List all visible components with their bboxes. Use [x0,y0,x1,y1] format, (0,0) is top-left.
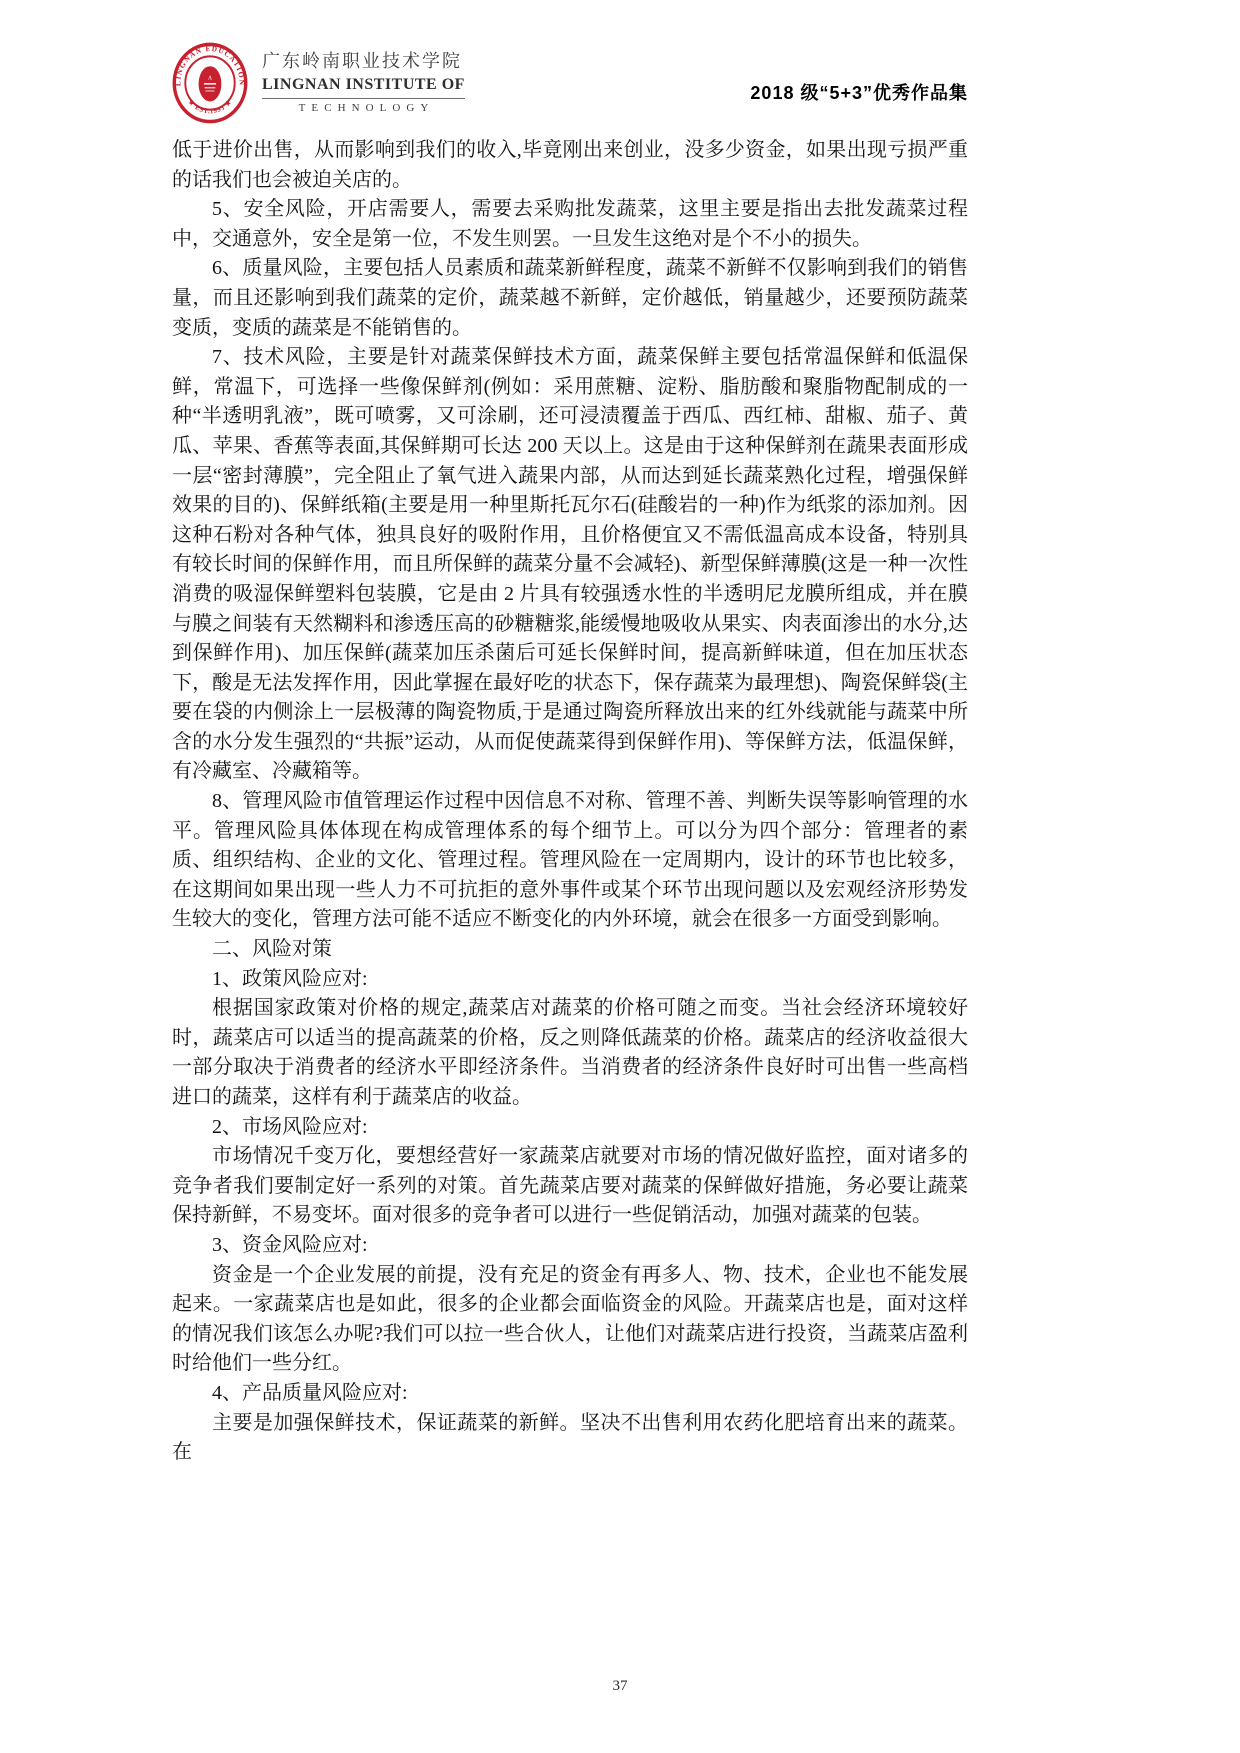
section-heading: 二、风险对策 [172,935,968,965]
paragraph: 8、管理风险市值管理运作过程中因信息不对称、管理不善、判断失误等影响管理的水平。… [172,787,968,935]
institution-logo-block: LINGNAN EDUCATION ★ EST.1993 ★ ʌ 广东岭南职业技… [172,42,465,124]
page-header: LINGNAN EDUCATION ★ EST.1993 ★ ʌ 广东岭南职业技… [172,38,968,128]
document-page: LINGNAN EDUCATION ★ EST.1993 ★ ʌ 广东岭南职业技… [0,0,1240,1753]
paragraph: 主要是加强保鲜技术，保证蔬菜的新鲜。坚决不出售利用农药化肥培育出来的蔬菜。在 [172,1409,968,1468]
institution-name-cn: 广东岭南职业技术学院 [262,50,465,73]
subsection-heading: 4、产品质量风险应对: [172,1379,968,1409]
institution-name-en-line1: LINGNAN INSTITUTE OF [262,75,465,95]
paragraph: 市场情况千变万化，要想经营好一家蔬菜店就要对市场的情况做好监控，面对诸多的竞争者… [172,1142,968,1231]
page-footer: 37 [0,1678,1240,1695]
institution-name: 广东岭南职业技术学院 LINGNAN INSTITUTE OF TECHNOLO… [262,50,465,115]
paragraph: 7、技术风险，主要是针对蔬菜保鲜技术方面，蔬菜保鲜主要包括常温保鲜和低温保鲜，常… [172,343,968,787]
paragraph: 6、质量风险，主要包括人员素质和蔬菜新鲜程度，蔬菜不新鲜不仅影响到我们的销售量，… [172,254,968,343]
paragraph: 资金是一个企业发展的前提，没有充足的资金有再多人、物、技术，企业也不能发展起来。… [172,1261,968,1379]
collection-title: 2018 级“5+3”优秀作品集 [750,79,968,105]
page-number: 37 [613,1678,628,1694]
subsection-heading: 3、资金风险应对: [172,1231,968,1261]
svg-text:ʌ: ʌ [208,72,212,81]
subsection-heading: 1、政策风险应对: [172,965,968,995]
subsection-heading: 2、市场风险应对: [172,1113,968,1143]
institution-seal-icon: LINGNAN EDUCATION ★ EST.1993 ★ ʌ [172,42,248,124]
paragraph: 根据国家政策对价格的规定,蔬菜店对蔬菜的价格可随之而变。当社会经济环境较好时，蔬… [172,994,968,1112]
paragraph: 低于进价出售，从而影响到我们的收入,毕竟刚出来创业，没多少资金，如果出现亏损严重… [172,136,968,195]
paragraph: 5、安全风险，开店需要人，需要去采购批发蔬菜，这里主要是指出去批发蔬菜过程中，交… [172,195,968,254]
institution-name-en-line2: TECHNOLOGY [262,98,465,116]
document-body: 低于进价出售，从而影响到我们的收入,毕竟刚出来创业，没多少资金，如果出现亏损严重… [172,136,968,1468]
